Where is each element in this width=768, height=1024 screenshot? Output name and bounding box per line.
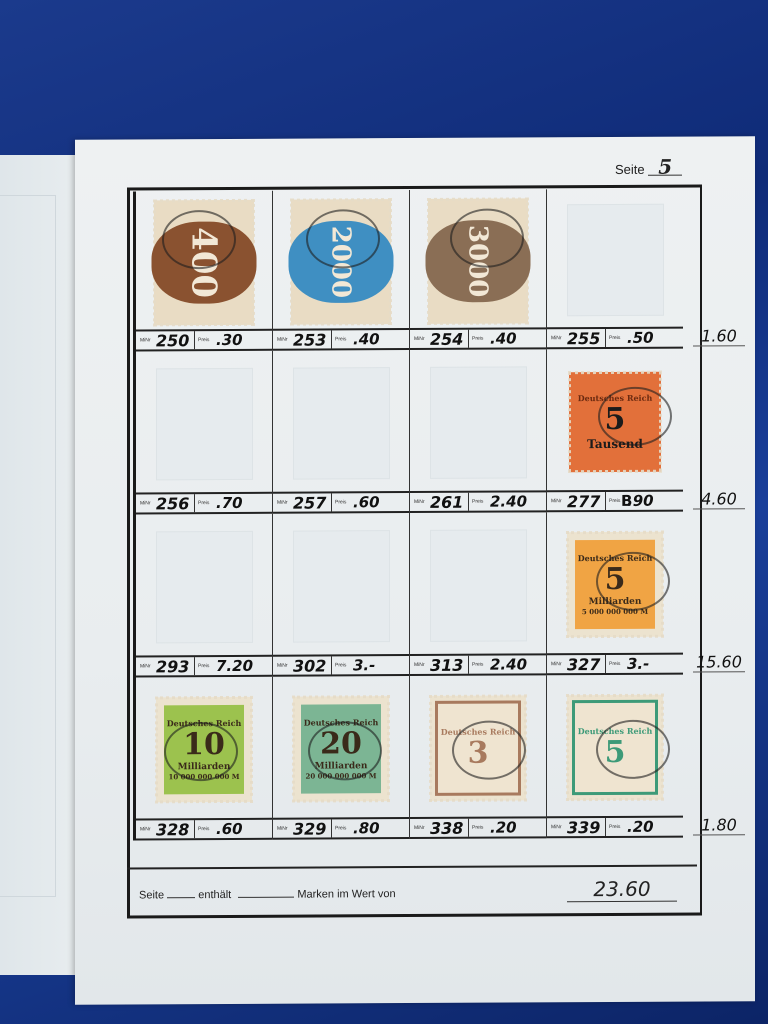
catalog-number-label: MiNr <box>277 500 293 506</box>
price-label: Preis <box>468 330 490 348</box>
price-label: Preis <box>605 655 627 673</box>
postmark <box>306 209 380 268</box>
catalog-label-strip: MiNr328Preis.60 <box>136 818 272 841</box>
page-number: 5 <box>648 159 682 176</box>
price-label: Preis <box>468 656 490 674</box>
left-page-faint-frame <box>0 195 56 897</box>
price-value: 2.40 <box>490 492 527 510</box>
price-value: 2.40 <box>490 655 527 673</box>
page-header-label: Seite <box>615 162 645 177</box>
price-value: .20 <box>627 818 654 836</box>
price-label: Preis <box>194 657 216 675</box>
price-label: Preis <box>331 330 353 348</box>
catalog-number-label: MiNr <box>277 663 293 669</box>
stamp-mount-area <box>142 518 266 656</box>
footer-marks-label: Marken im Wert von <box>297 888 395 901</box>
stamp-slot: MiNr255Preis.50 <box>546 189 683 350</box>
price-value: .20 <box>490 818 517 836</box>
catalog-number: 256 <box>156 494 194 513</box>
price-label: Preis <box>468 819 490 837</box>
catalog-number-label: MiNr <box>414 825 430 831</box>
catalog-variant-letter: B <box>621 492 632 510</box>
catalog-number-label: MiNr <box>414 336 430 342</box>
row-total: 1.60 <box>693 326 745 346</box>
catalog-label-strip: MiNr313Preis2.40 <box>410 653 546 676</box>
catalog-label-strip: MiNr293Preis7.20 <box>136 655 272 678</box>
empty-stamp-mount <box>567 204 664 317</box>
stamp-slot: Deutsches Reich10Milliarden10 000 000 00… <box>133 677 272 841</box>
stamp-row: MiNr256Preis.70MiNr257Preis.60MiNr261Pre… <box>133 349 683 515</box>
stamp-mount-area <box>142 355 266 493</box>
footer-seite-blank <box>167 897 195 898</box>
stamp-mount-area: Deutsches Reich10Milliarden10 000 000 00… <box>142 681 266 819</box>
stamp-row: 400MiNr250Preis.302000MiNr253Preis.40300… <box>133 189 683 352</box>
stamp-slot: 400MiNr250Preis.30 <box>133 191 272 352</box>
stamp-mount-area <box>416 516 540 654</box>
postmark <box>596 720 670 779</box>
stamp-slot: MiNr293Preis7.20 <box>133 514 272 678</box>
footer-total-value: 23.60 <box>567 877 677 903</box>
price-label: Preis <box>194 820 216 838</box>
price-value: .80 <box>353 819 380 837</box>
price-value: .60 <box>353 493 380 511</box>
footer-text: Seite enthält Marken im Wert von <box>139 888 396 901</box>
stamp: Deutsches Reich5Milliarden5 000 000 000 … <box>567 532 663 638</box>
stamp: Deutsches Reich5 <box>567 695 663 801</box>
price-label: Preis <box>194 494 216 512</box>
price-value: 3.- <box>353 656 375 674</box>
postmark <box>452 720 526 779</box>
stamp-mount-area: Deutsches Reich5Tausend <box>553 353 677 491</box>
stamp-row: Deutsches Reich10Milliarden10 000 000 00… <box>133 675 683 841</box>
catalog-number-label: MiNr <box>551 824 567 830</box>
catalog-number-label: MiNr <box>414 499 430 505</box>
empty-stamp-mount <box>430 529 527 642</box>
catalog-number: 338 <box>430 818 468 837</box>
empty-stamp-mount <box>293 530 390 643</box>
stamp: Deutsches Reich3 <box>430 695 526 801</box>
row-total: 4.60 <box>693 489 745 509</box>
catalog-number: 261 <box>430 492 468 511</box>
catalog-label-strip: MiNr277Preis.90 <box>547 490 683 513</box>
price-value: .60 <box>216 820 243 838</box>
stamp: Deutsches Reich20Milliarden20 000 000 00… <box>293 696 389 802</box>
catalog-label-strip: MiNr253Preis.40 <box>273 328 409 351</box>
stamp-mount-area: 400 <box>142 195 266 330</box>
catalog-number: 277 <box>567 492 605 511</box>
price-value: .40 <box>353 330 380 348</box>
price-value: 3.- <box>627 655 649 673</box>
catalog-number-label: MiNr <box>140 826 156 832</box>
catalog-number: 293 <box>156 657 194 676</box>
empty-stamp-mount <box>156 367 253 480</box>
postmark <box>164 722 238 781</box>
postmark <box>596 552 670 611</box>
stamp: 3000 <box>428 198 528 324</box>
catalog-number-label: MiNr <box>414 662 430 668</box>
empty-stamp-mount <box>430 366 527 479</box>
stamp-slot: Deutsches Reich5Milliarden5 000 000 000 … <box>546 512 683 676</box>
price-value: 7.20 <box>216 657 253 675</box>
stamp: 2000 <box>291 199 391 325</box>
stamp-slot: Deutsches Reich3MiNr338Preis.20 <box>409 675 546 839</box>
stamp-mount-area <box>553 193 677 328</box>
stamp-mount-area: Deutsches Reich5Milliarden5 000 000 000 … <box>553 516 677 654</box>
catalog-label-strip: MiNr261Preis2.40 <box>410 490 546 513</box>
catalog-label-strip: MiNr254Preis.40 <box>410 327 546 350</box>
catalog-number-label: MiNr <box>140 500 156 506</box>
price-label: Preis <box>468 493 490 511</box>
price-value: .30 <box>216 331 243 349</box>
catalog-number: 328 <box>156 820 194 839</box>
stamp-slot: MiNr256Preis.70 <box>133 351 272 515</box>
stamp-mount-area <box>279 517 403 655</box>
album-page: Seite 5 400MiNr250Preis.302000MiNr253Pre… <box>75 136 755 1005</box>
postmark <box>598 386 672 445</box>
catalog-number: 250 <box>156 331 194 350</box>
price-value: .40 <box>490 329 517 347</box>
price-label: Preis <box>605 818 627 836</box>
postmark <box>308 721 382 780</box>
stamp-row: MiNr293Preis7.20MiNr302Preis3.-MiNr313Pr… <box>133 512 683 678</box>
catalog-number: 254 <box>430 329 468 348</box>
stamp-mount-area: 2000 <box>279 194 403 329</box>
stamp: Deutsches Reich10Milliarden10 000 000 00… <box>156 697 252 803</box>
price-value: .50 <box>627 329 654 347</box>
price-value: .70 <box>216 494 243 512</box>
footer-seite-label: Seite <box>139 889 164 901</box>
stamp-slot: Deutsches Reich5TausendMiNr277Preis.90 <box>546 349 683 513</box>
row-total: 15.60 <box>693 652 745 672</box>
catalog-label-strip: MiNr256Preis.70 <box>136 492 272 515</box>
catalog-number: 329 <box>293 819 331 838</box>
catalog-label-strip: MiNr250Preis.30 <box>136 329 272 352</box>
catalog-number: 255 <box>567 329 605 348</box>
page-footer: Seite enthält Marken im Wert von 23.60 <box>127 865 697 912</box>
page-header: Seite 5 <box>615 159 682 177</box>
catalog-number-label: MiNr <box>140 337 156 343</box>
catalog-number: 302 <box>293 656 331 675</box>
catalog-label-strip: MiNr257Preis.60 <box>273 491 409 514</box>
price-label: Preis <box>605 329 627 347</box>
catalog-label-strip: MiNr338Preis.20 <box>410 816 546 839</box>
footer-contains-label: enthält <box>198 889 231 901</box>
price-label: Preis <box>331 656 353 674</box>
empty-stamp-mount <box>156 530 253 643</box>
catalog-number: 313 <box>430 655 468 674</box>
stamp-slot: 3000MiNr254Preis.40 <box>409 189 546 350</box>
stamp-mount-area: Deutsches Reich20Milliarden20 000 000 00… <box>279 680 403 818</box>
stamp-mount-area <box>416 353 540 491</box>
stamp-slot: MiNr257Preis.60 <box>272 350 409 514</box>
stamp-grid: 400MiNr250Preis.302000MiNr253Preis.40300… <box>133 189 683 841</box>
empty-stamp-mount <box>293 367 390 480</box>
stamp-mount-area: Deutsches Reich5 <box>553 679 677 817</box>
stamp-slot: MiNr302Preis3.- <box>272 513 409 677</box>
stamp: 400 <box>154 199 254 325</box>
stamp-slot: MiNr313Preis2.40 <box>409 512 546 676</box>
stamp-slot: Deutsches Reich20Milliarden20 000 000 00… <box>272 676 409 840</box>
catalog-label-strip: MiNr302Preis3.- <box>273 654 409 677</box>
catalog-label-strip: MiNr327Preis3.- <box>547 653 683 676</box>
catalog-number: 327 <box>567 655 605 674</box>
catalog-number-label: MiNr <box>551 335 567 341</box>
stamp-slot: Deutsches Reich5MiNr339Preis.20 <box>546 675 683 839</box>
price-label: Preis <box>331 819 353 837</box>
catalog-number-label: MiNr <box>551 498 567 504</box>
postmark <box>450 208 524 267</box>
catalog-number-label: MiNr <box>140 663 156 669</box>
catalog-number: 257 <box>293 493 331 512</box>
stamp-mount-area: Deutsches Reich3 <box>416 679 540 817</box>
stamp: Deutsches Reich5Tausend <box>569 371 661 471</box>
catalog-number-label: MiNr <box>277 826 293 832</box>
stamp-mount-area <box>279 354 403 492</box>
catalog-label-strip: MiNr255Preis.50 <box>547 327 683 350</box>
catalog-number-label: MiNr <box>277 337 293 343</box>
postmark <box>162 209 236 268</box>
catalog-label-strip: MiNr339Preis.20 <box>547 816 683 839</box>
row-total: 1.80 <box>693 815 745 835</box>
price-label: Preis <box>194 331 216 349</box>
catalog-number: 339 <box>567 818 605 837</box>
catalog-number: 253 <box>293 330 331 349</box>
price-label: Preis <box>331 493 353 511</box>
footer-count-blank <box>238 897 294 898</box>
stamp-mount-area: 3000 <box>416 193 540 328</box>
stamp-slot: 2000MiNr253Preis.40 <box>272 190 409 351</box>
stamp-slot: MiNr261Preis2.40 <box>409 349 546 513</box>
catalog-label-strip: MiNr329Preis.80 <box>273 817 409 840</box>
catalog-number-label: MiNr <box>551 661 567 667</box>
